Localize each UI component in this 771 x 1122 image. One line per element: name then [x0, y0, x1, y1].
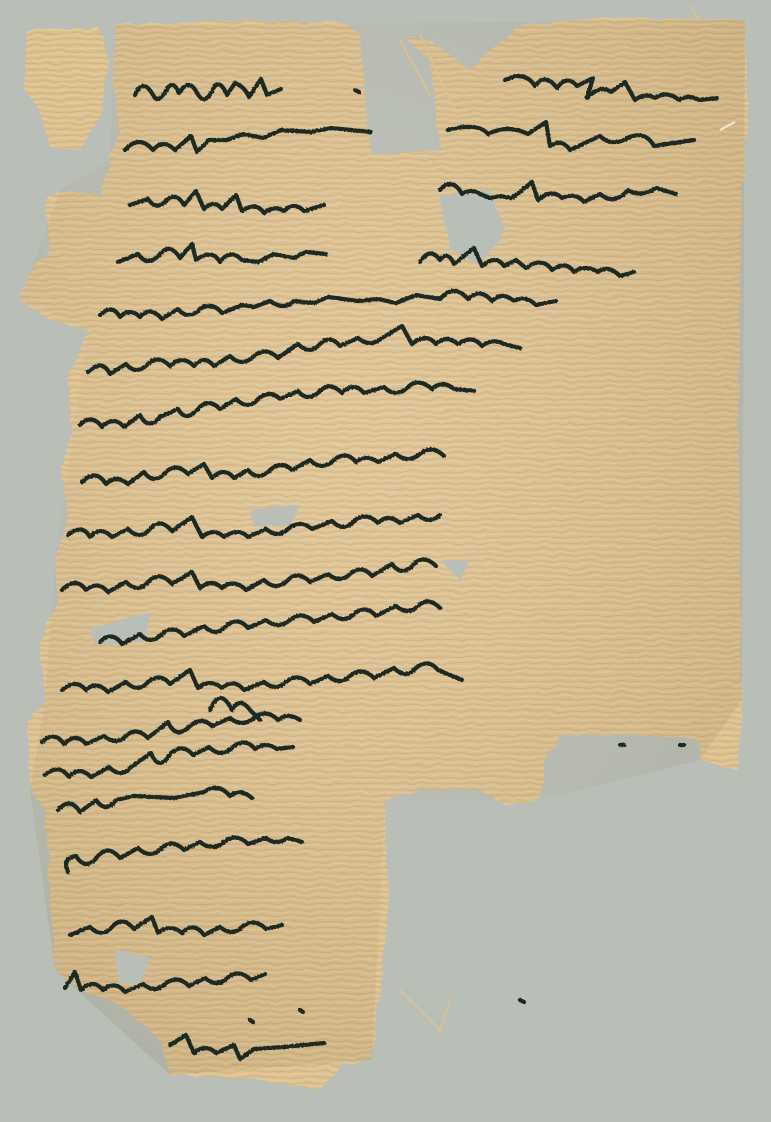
papyrus-photo	[0, 0, 771, 1122]
photo-stage: εβουλεν ... εβαπτισε και τι ... ισκο ταυ…	[0, 0, 771, 1122]
